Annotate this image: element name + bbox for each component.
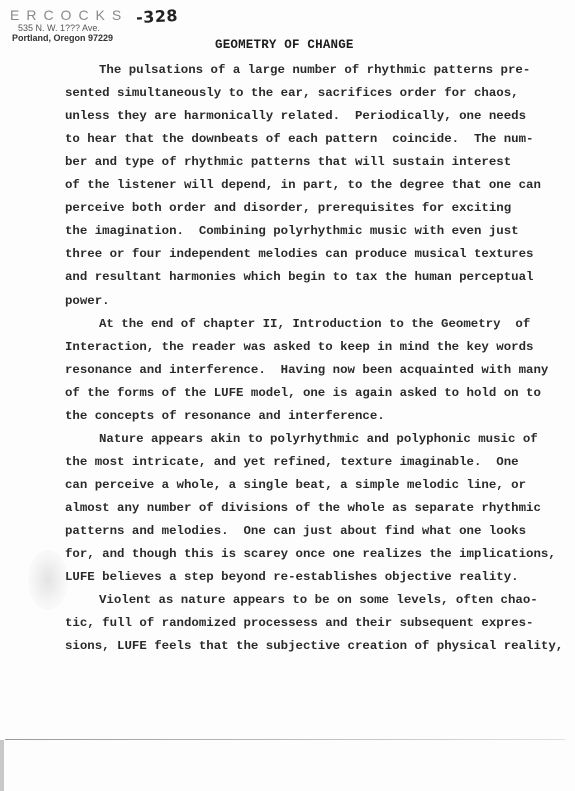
text-line: Nature appears akin to polyrhythmic and …	[99, 432, 538, 446]
address-city: Portland, Oregon 97229	[12, 33, 128, 43]
text-line: Interaction, the reader was asked to kee…	[65, 340, 533, 354]
text-line: LUFE believes a step beyond re-establish…	[65, 570, 519, 584]
text-line: tic, full of randomized processess and t…	[65, 616, 533, 630]
text-line: sions, LUFE feels that the subjective cr…	[65, 639, 563, 653]
text-line: of the forms of the LUFE model, one is a…	[65, 386, 541, 400]
text-line: can perceive a whole, a single beat, a s…	[65, 478, 526, 492]
text-line: The pulsations of a large number of rhyt…	[99, 63, 530, 77]
text-line: the imagination. Combining polyrhythmic …	[65, 224, 519, 238]
text-line: for, and though this is scarey once one …	[65, 547, 556, 561]
address-stamp: ERCOCKS -328 535 N. W. 1??? Ave. Portlan…	[10, 8, 128, 43]
text-line: of the listener will depend, in part, to…	[65, 178, 541, 192]
text-line: three or four independent melodies can p…	[65, 247, 533, 261]
text-line: and resultant harmonies which begin to t…	[65, 270, 533, 284]
text-line: perceive both order and disorder, prereq…	[65, 201, 511, 215]
text-line: unless they are harmonically related. Pe…	[65, 109, 526, 123]
document-title: GEOMETRY OF CHANGE	[215, 38, 354, 52]
text-line: almost any number of divisions of the wh…	[65, 501, 541, 515]
text-line: ber and type of rhythmic patterns that w…	[65, 155, 511, 169]
typed-page: ERCOCKS -328 535 N. W. 1??? Ave. Portlan…	[0, 0, 575, 791]
text-line: to hear that the downbeats of each patte…	[65, 132, 533, 146]
text-line: power.	[65, 294, 110, 308]
address-street: 535 N. W. 1??? Ave.	[18, 23, 128, 33]
text-line: patterns and melodies. One can just abou…	[65, 524, 526, 538]
text-line: resonance and interference. Having now b…	[65, 363, 548, 377]
page-edge-line	[5, 739, 565, 740]
text-line: At the end of chapter II, Introduction t…	[99, 317, 530, 331]
text-line: the concepts of resonance and interferen…	[65, 409, 385, 423]
text-line: the most intricate, and yet refined, tex…	[65, 455, 519, 469]
text-line: sented simultaneously to the ear, sacrif…	[65, 86, 519, 100]
text-line: Violent as nature appears to be on some …	[99, 593, 538, 607]
scan-edge-shadow	[0, 740, 4, 791]
paper-smudge	[28, 550, 68, 610]
handwritten-number: -328	[136, 6, 179, 27]
stamp-name: ERCOCKS	[10, 8, 128, 22]
